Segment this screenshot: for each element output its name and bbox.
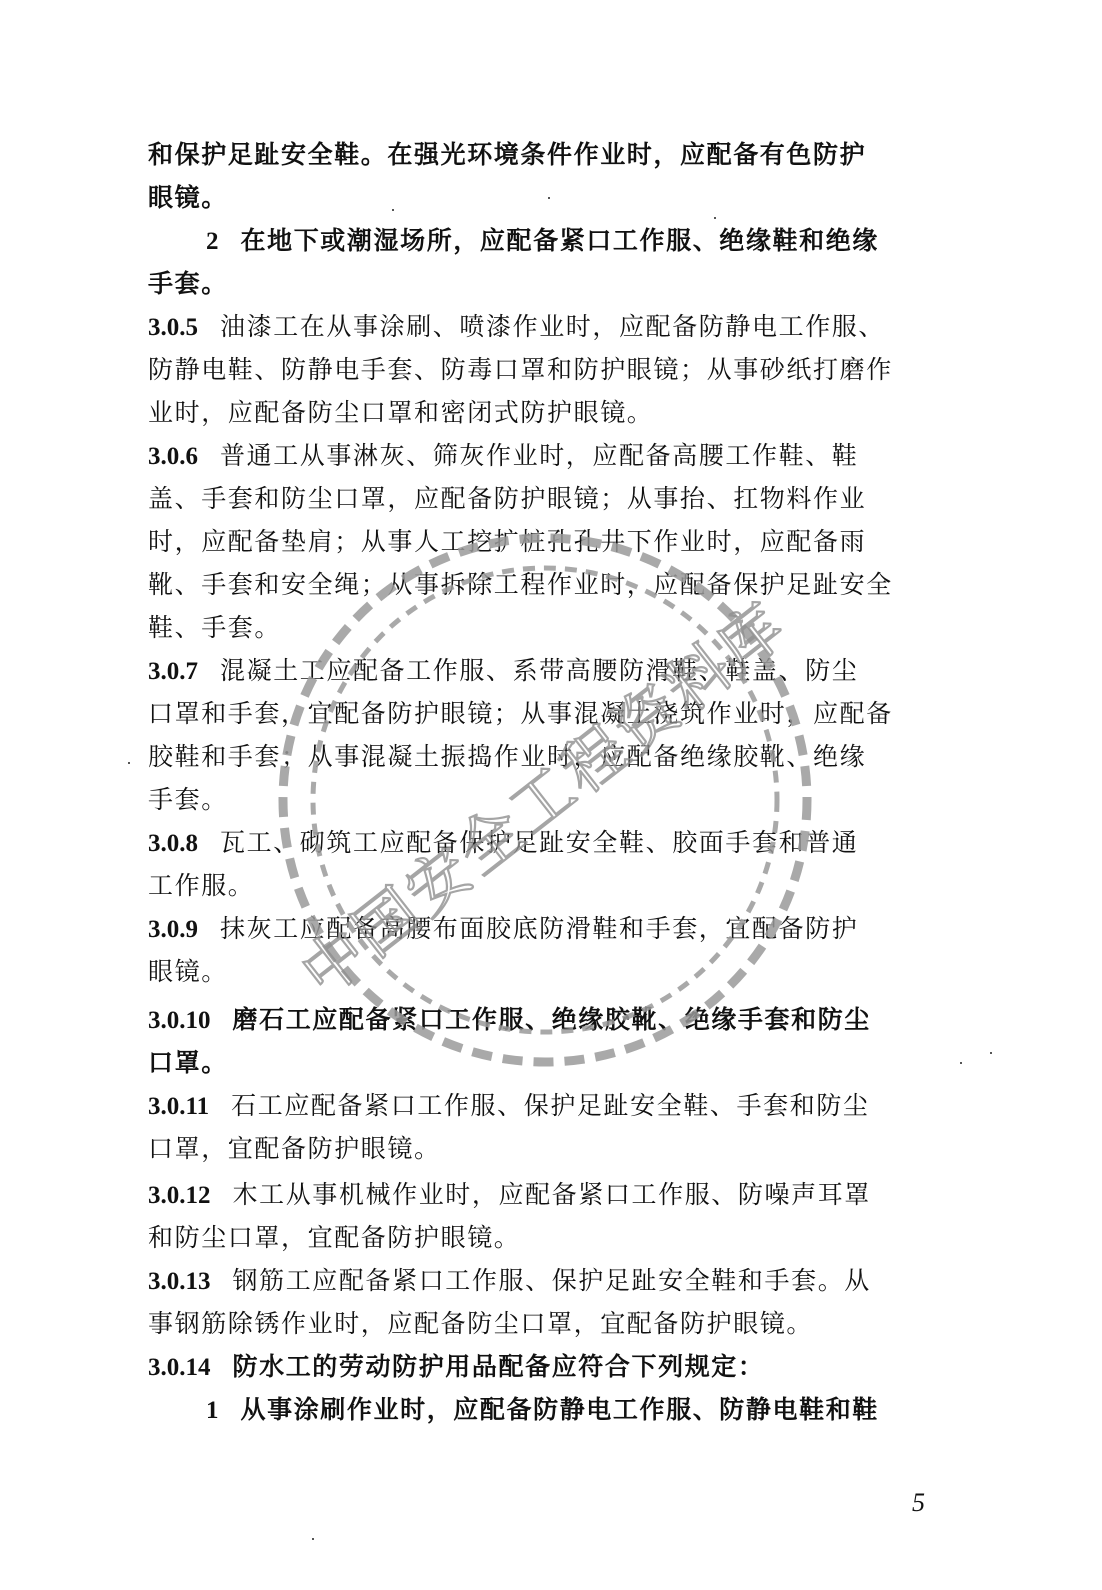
- clause-3-0-11: 3.0.11石工应配备紧口工作服、保护足趾安全鞋、手套和防尘: [148, 1091, 958, 1122]
- clause-3-0-7: 3.0.7混凝土工应配备工作服、系带高腰防滑鞋、鞋盖、防尘: [148, 656, 958, 687]
- list-item: 2在地下或潮湿场所，应配备紧口工作服、绝缘鞋和绝缘: [148, 226, 1016, 257]
- scan-speck: [960, 1062, 962, 1064]
- scan-speck: [128, 762, 130, 764]
- item-number: 1: [206, 1396, 219, 1426]
- document-page: 和保护足趾安全鞋。在强光环境条件作业时，应配备有色防护 眼镜。 2在地下或潮湿场…: [0, 0, 1102, 1590]
- clause-number: 3.0.10: [148, 1006, 211, 1036]
- text-line: 胶鞋和手套；从事混凝土振捣作业时，应配备绝缘胶靴、绝缘: [148, 742, 958, 772]
- text-line: 手套。: [148, 269, 958, 299]
- clause-number: 3.0.12: [148, 1181, 211, 1211]
- text-line: 眼镜。: [148, 957, 958, 987]
- clause-3-0-5: 3.0.5油漆工在从事涂刷、喷漆作业时，应配备防静电工作服、: [148, 312, 958, 343]
- clause-number: 3.0.14: [148, 1353, 211, 1383]
- clause-number: 3.0.8: [148, 829, 198, 859]
- clause-3-0-8: 3.0.8瓦工、砌筑工应配备保护足趾安全鞋、胶面手套和普通: [148, 828, 958, 859]
- clause-number: 3.0.5: [148, 313, 198, 343]
- text-line: 时，应配备垫肩；从事人工挖扩桩孔孔井下作业时，应配备雨: [148, 527, 958, 557]
- clause-number: 3.0.13: [148, 1267, 211, 1297]
- text-line: 口罩，宜配备防护眼镜。: [148, 1134, 958, 1164]
- clause-number: 3.0.9: [148, 915, 198, 945]
- clause-number: 3.0.11: [148, 1092, 209, 1122]
- text-line: 和防尘口罩，宜配备防护眼镜。: [148, 1223, 958, 1253]
- clause-3-0-14: 3.0.14防水工的劳动防护用品配备应符合下列规定：: [148, 1352, 958, 1383]
- clause-3-0-9: 3.0.9抹灰工应配备高腰布面胶底防滑鞋和手套，宜配备防护: [148, 914, 958, 945]
- text-line: 眼镜。: [148, 183, 958, 213]
- text-line: 口罩。: [148, 1048, 958, 1078]
- text-line: 事钢筋除锈作业时，应配备防尘口罩，宜配备防护眼镜。: [148, 1309, 958, 1339]
- text-line: 防静电鞋、防静电手套、防毒口罩和防护眼镜；从事砂纸打磨作: [148, 355, 958, 385]
- scan-speck: [714, 217, 716, 219]
- clause-3-0-12: 3.0.12木工从事机械作业时，应配备紧口工作服、防噪声耳罩: [148, 1180, 958, 1211]
- scan-speck: [392, 209, 394, 211]
- text-line: 鞋、手套。: [148, 613, 958, 643]
- text-line: 口罩和手套，宜配备防护眼镜；从事混凝土浇筑作业时，应配备: [148, 699, 958, 729]
- text-line: 盖、手套和防尘口罩，应配备防护眼镜；从事抬、扛物料作业: [148, 484, 958, 514]
- scan-speck: [312, 1538, 314, 1540]
- text-line: 和保护足趾安全鞋。在强光环境条件作业时，应配备有色防护: [148, 140, 958, 170]
- text-line: 工作服。: [148, 871, 958, 901]
- clause-3-0-6: 3.0.6普通工从事淋灰、筛灰作业时，应配备高腰工作鞋、鞋: [148, 441, 958, 472]
- scan-speck: [548, 197, 550, 199]
- page-number: 5: [912, 1488, 925, 1518]
- item-number: 2: [206, 227, 219, 257]
- scan-speck: [990, 1052, 992, 1054]
- clause-number: 3.0.6: [148, 442, 198, 472]
- clause-number: 3.0.7: [148, 657, 198, 687]
- clause-3-0-10: 3.0.10磨石工应配备紧口工作服、绝缘胶靴、绝缘手套和防尘: [148, 1005, 958, 1036]
- clause-3-0-13: 3.0.13钢筋工应配备紧口工作服、保护足趾安全鞋和手套。从: [148, 1266, 958, 1297]
- text-line: 手套。: [148, 785, 958, 815]
- text-line: 靴、手套和安全绳；从事拆除工程作业时，应配备保护足趾安全: [148, 570, 958, 600]
- list-item: 1从事涂刷作业时，应配备防静电工作服、防静电鞋和鞋: [148, 1395, 1016, 1426]
- text-line: 业时，应配备防尘口罩和密闭式防护眼镜。: [148, 398, 958, 428]
